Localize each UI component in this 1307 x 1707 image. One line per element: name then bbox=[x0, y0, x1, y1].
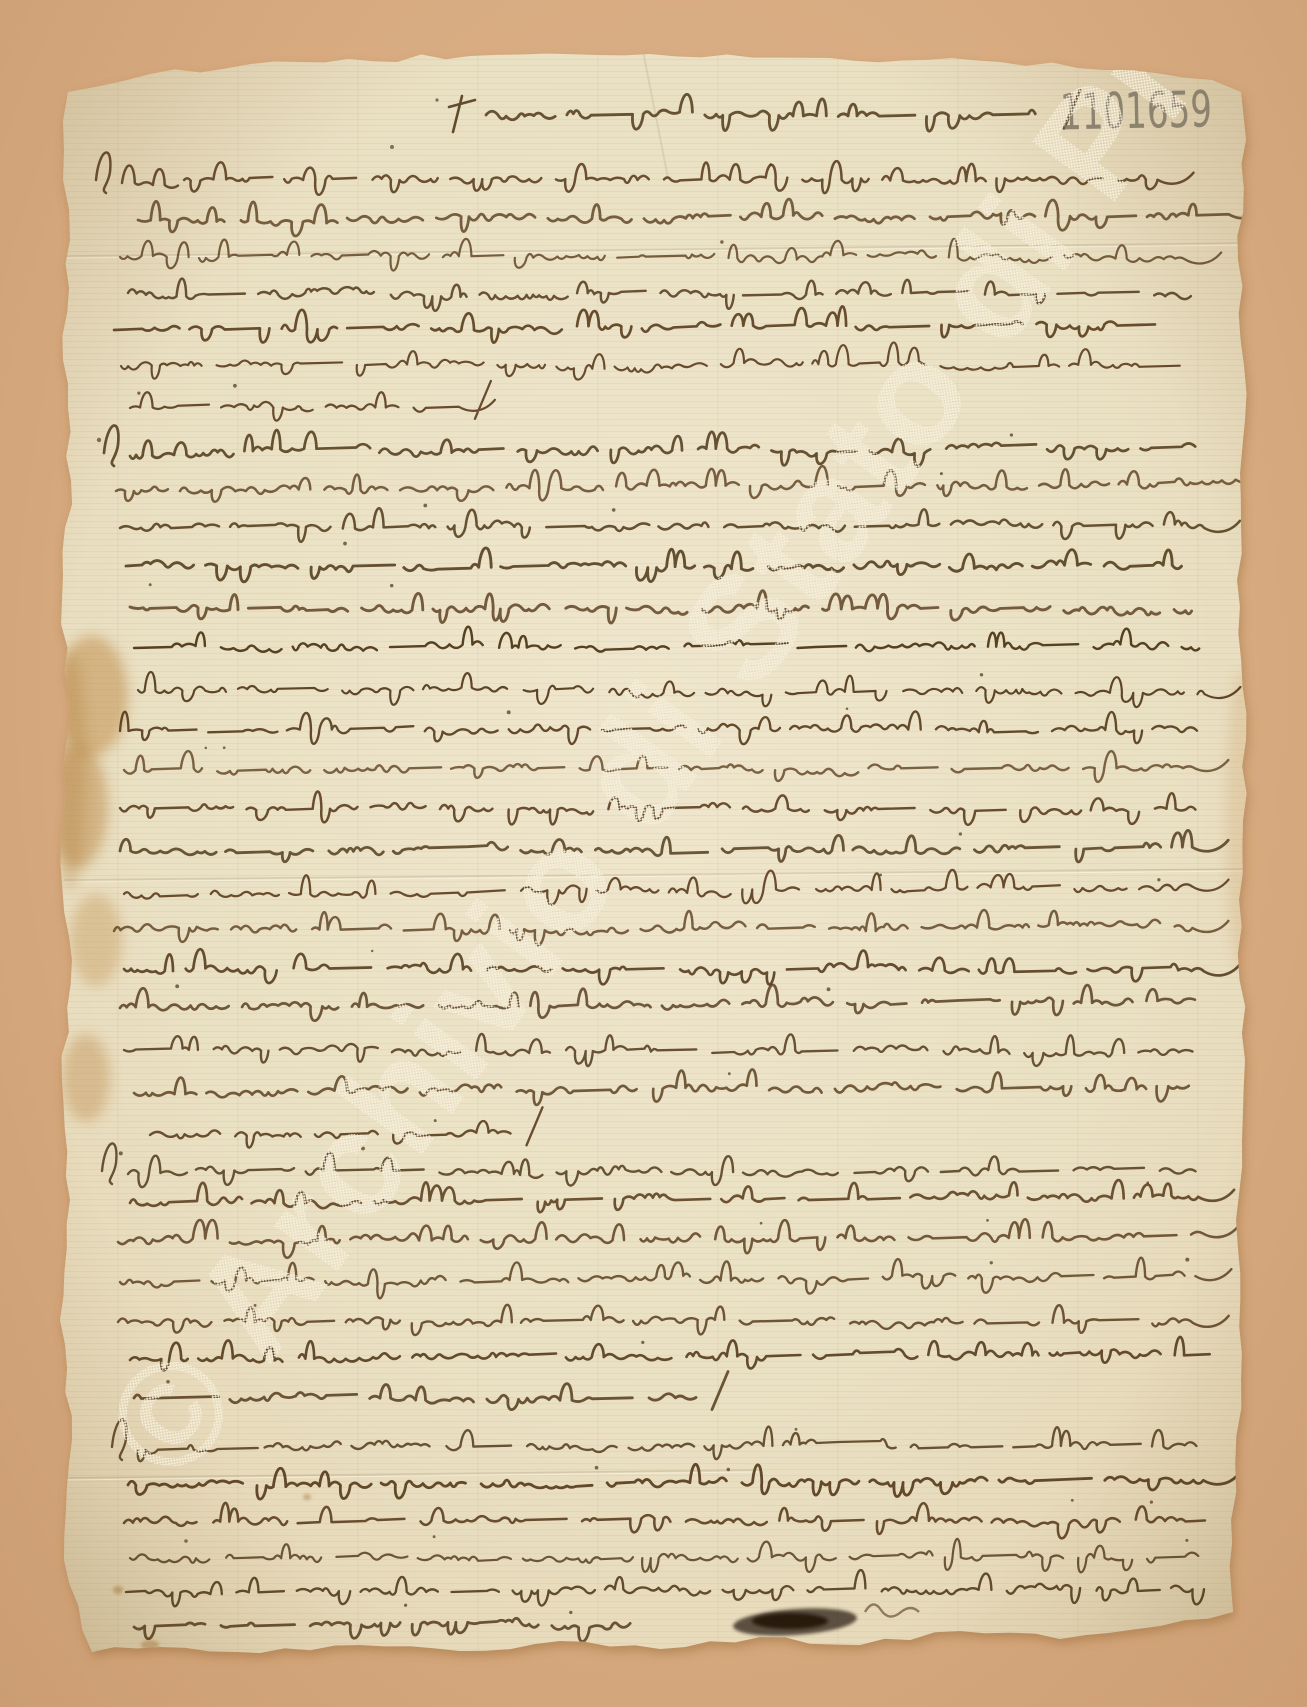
diacritic-dot bbox=[795, 1428, 798, 1431]
stain-blob bbox=[1149, 39, 1155, 45]
diacritic-dot bbox=[205, 747, 208, 750]
diacritic-dot bbox=[433, 1535, 436, 1538]
manuscript-scan: 1101659 © Archivio di Stato di Prato bbox=[0, 0, 1307, 1707]
diacritic-dot bbox=[980, 673, 983, 676]
diacritic-dot bbox=[390, 584, 393, 587]
scan-background: 1101659 © Archivio di Stato di Prato bbox=[0, 0, 1307, 1707]
diacritic-dot bbox=[1185, 1539, 1188, 1542]
ink-speck bbox=[435, 98, 438, 101]
ink-speck bbox=[184, 1539, 188, 1543]
diacritic-dot bbox=[1150, 1500, 1153, 1503]
diacritic-dot bbox=[959, 832, 962, 835]
diacritic-dot bbox=[846, 707, 849, 710]
diacritic-dot bbox=[720, 240, 723, 243]
diacritic-dot bbox=[507, 710, 511, 714]
stain-blob bbox=[1226, 670, 1258, 970]
diacritic-dot bbox=[728, 1072, 731, 1075]
stain-blob bbox=[1191, 26, 1203, 36]
diacritic-dot bbox=[990, 1261, 993, 1264]
diacritic-dot bbox=[423, 504, 427, 508]
diacritic-dot bbox=[569, 1611, 572, 1614]
diacritic-dot bbox=[119, 1151, 123, 1155]
diacritic-dot bbox=[1071, 1499, 1074, 1502]
diacritic-dot bbox=[986, 1219, 989, 1222]
diacritic-dot bbox=[137, 392, 140, 395]
ink-speck bbox=[97, 438, 101, 442]
diacritic-dot bbox=[1157, 878, 1160, 881]
diacritic-dot bbox=[404, 1604, 407, 1607]
stain-blob bbox=[62, 1034, 110, 1122]
stain-blob bbox=[113, 1586, 123, 1594]
diacritic-dot bbox=[612, 508, 616, 512]
stain-blob bbox=[70, 894, 122, 986]
ink-speck bbox=[390, 145, 394, 149]
diacritic-dot bbox=[233, 384, 237, 388]
diacritic-dot bbox=[149, 583, 152, 586]
stain-blob bbox=[54, 650, 86, 890]
diacritic-dot bbox=[760, 1222, 763, 1225]
diacritic-dot bbox=[641, 1341, 644, 1344]
diacritic-dot bbox=[769, 163, 772, 166]
diacritic-dot bbox=[1146, 1181, 1149, 1184]
diacritic-dot bbox=[223, 746, 226, 749]
diacritic-dot bbox=[343, 542, 347, 546]
stain-blob bbox=[303, 1494, 311, 1500]
blot-core bbox=[752, 1613, 828, 1629]
diacritic-dot bbox=[371, 950, 373, 952]
stain-blob bbox=[141, 1640, 159, 1650]
diacritic-dot bbox=[879, 874, 882, 877]
diacritic-dot bbox=[595, 1466, 599, 1470]
diacritic-dot bbox=[175, 984, 179, 988]
diacritic-dot bbox=[1010, 433, 1013, 436]
diacritic-dot bbox=[827, 987, 831, 991]
diacritic-dot bbox=[1185, 1258, 1189, 1262]
diacritic-dot bbox=[727, 1468, 731, 1472]
stain-blob bbox=[1228, 55, 1238, 63]
